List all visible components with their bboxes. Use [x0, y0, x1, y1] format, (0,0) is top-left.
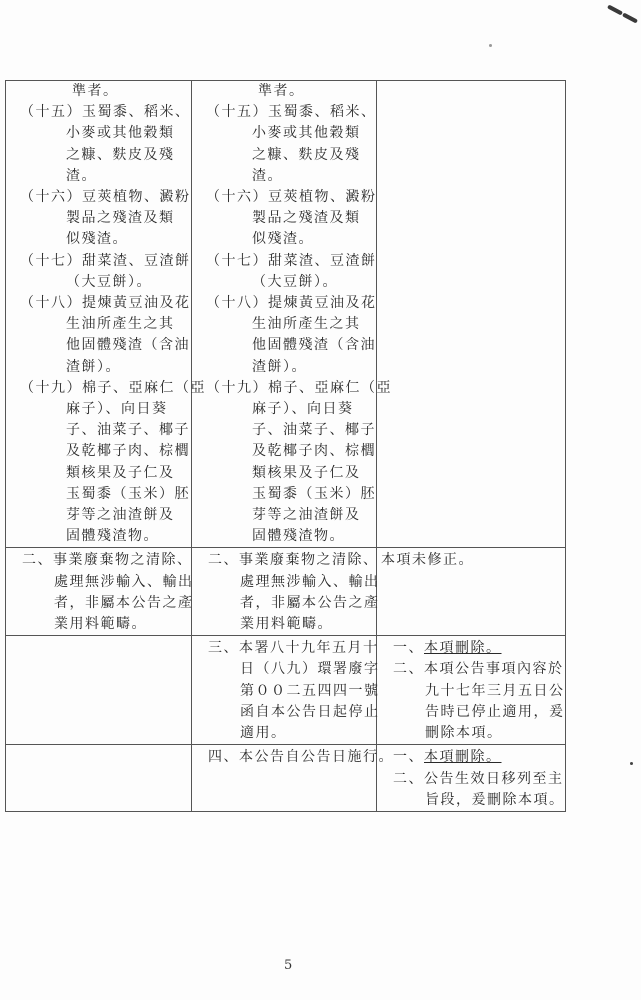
explanation-column-cell: [377, 81, 566, 548]
explanation-column-cell: 一、本項刪除。二、本項公告事項內容於九十七年三月五日公告時已停止適用，爰刪除本項…: [377, 636, 566, 745]
text-line: （十七）甜菜渣、豆渣餅: [10, 251, 187, 272]
line-text: 之糠、麩皮及殘: [252, 147, 361, 163]
text-line: 麻子）、向日葵: [196, 399, 372, 420]
text-line: 子、油菜子、椰子: [196, 420, 372, 441]
line-text: （大豆餅）。: [252, 274, 338, 290]
line-text: 四、本公告自公告日施行。: [208, 749, 394, 765]
line-text: 處理無涉輸入、輸出: [54, 574, 194, 590]
current-text-column-cell: 三、本署八十九年五月十日（八九）環署廢字第００二五四四一號函自本公告日起停止適用…: [192, 636, 377, 745]
text-line: （十八）提煉黃豆油及花: [196, 293, 372, 314]
text-line: 九十七年三月五日公: [381, 681, 561, 702]
table-row: 準者。（十五）玉蜀黍、稻米、小麥或其他穀類之糠、麩皮及殘渣。（十六）豆莢植物、澱…: [6, 81, 566, 548]
text-line: 小麥或其他穀類: [10, 123, 187, 144]
line-text: 業用料範疇。: [54, 616, 147, 632]
line-text: 小麥或其他穀類: [66, 125, 175, 141]
text-line: 渣。: [10, 166, 187, 187]
scan-speck: [489, 44, 492, 47]
line-text: 及乾椰子肉、棕櫚: [66, 443, 190, 459]
line-text: （十八）提煉黃豆油及花: [20, 295, 191, 311]
text-line: 本項未修正。: [381, 550, 561, 571]
text-line: 二、本項公告事項內容於: [381, 659, 561, 680]
text-line: 類核果及子仁及: [196, 463, 372, 484]
text-line: 三、本署八十九年五月十: [196, 638, 372, 659]
text-line: 業用料範疇。: [196, 614, 372, 635]
amendment-comparison-table: 準者。（十五）玉蜀黍、稻米、小麥或其他穀類之糠、麩皮及殘渣。（十六）豆莢植物、澱…: [5, 80, 566, 812]
text-line: 生油所產生之其: [10, 314, 187, 335]
explanation-column-cell: 一、本項刪除。二、公告生效日移列至主旨段，爰刪除本項。: [377, 745, 566, 812]
line-text: 業用料範疇。: [240, 616, 333, 632]
line-text: 及乾椰子肉、棕櫚: [252, 443, 376, 459]
text-line: 處理無涉輸入、輸出: [10, 572, 187, 593]
line-text: （十五）玉蜀黍、稻米、: [206, 104, 377, 120]
line-text: 旨段，爰刪除本項。: [425, 792, 565, 808]
text-line: 固體殘渣物。: [196, 526, 372, 547]
text-line: （十六）豆莢植物、澱粉: [196, 187, 372, 208]
line-text: 似殘渣。: [252, 231, 314, 247]
text-line: 函自本公告日起停止: [196, 702, 372, 723]
amended-text-column-cell: [6, 636, 192, 745]
text-line: 製品之殘渣及類: [10, 208, 187, 229]
text-line: 二、公告生效日移列至主: [381, 769, 561, 790]
line-text: 生油所產生之其: [66, 316, 175, 332]
text-line: 四、本公告自公告日施行。: [196, 747, 372, 768]
text-line: 似殘渣。: [196, 229, 372, 250]
text-line: 告時已停止適用，爰: [381, 702, 561, 723]
line-text: 準者。: [72, 83, 119, 99]
text-line: （十五）玉蜀黍、稻米、: [196, 102, 372, 123]
line-text: 渣餅）。: [66, 359, 121, 375]
text-line: 者，非屬本公告之產: [10, 593, 187, 614]
line-text: 二、事業廢棄物之清除、: [22, 552, 193, 568]
text-line: （大豆餅）。: [196, 272, 372, 293]
scan-speck: [630, 762, 633, 765]
text-line: 及乾椰子肉、棕櫚: [10, 441, 187, 462]
table-row: 三、本署八十九年五月十日（八九）環署廢字第００二五四四一號函自本公告日起停止適用…: [6, 636, 566, 745]
deletion-note: 本項刪除。: [424, 640, 502, 656]
text-line: 業用料範疇。: [10, 614, 187, 635]
amended-text-column-cell: 準者。（十五）玉蜀黍、稻米、小麥或其他穀類之糠、麩皮及殘渣。（十六）豆莢植物、澱…: [6, 81, 192, 548]
line-text: 日（八九）環署廢字: [240, 661, 380, 677]
text-line: 一、本項刪除。: [381, 638, 561, 659]
line-text: 子、油菜子、椰子: [66, 422, 190, 438]
line-text: 麻子）、向日葵: [252, 401, 354, 417]
line-text: 芽等之油渣餅及: [66, 507, 175, 523]
text-line: 渣。: [196, 166, 372, 187]
text-line: 第００二五四四一號: [196, 681, 372, 702]
page-number: 5: [284, 958, 292, 973]
line-text: （十九）棉子、亞麻仁（亞: [206, 380, 392, 396]
line-text: 適用。: [240, 725, 287, 741]
text-line: 二、事業廢棄物之清除、: [196, 550, 372, 571]
line-text: 固體殘渣物。: [252, 528, 345, 544]
text-line: 之糠、麩皮及殘: [196, 145, 372, 166]
line-text: 本項未修正。: [381, 552, 474, 568]
text-line: 他固體殘渣（含油: [196, 335, 372, 356]
line-text: （十八）提煉黃豆油及花: [206, 295, 377, 311]
line-text: 者，非屬本公告之產: [54, 595, 194, 611]
line-text: 麻子）、向日葵: [66, 401, 168, 417]
text-line: 日（八九）環署廢字: [196, 659, 372, 680]
line-text: 三、本署八十九年五月十: [208, 640, 379, 656]
text-line: 旨段，爰刪除本項。: [381, 790, 561, 811]
text-line: 及乾椰子肉、棕櫚: [196, 441, 372, 462]
line-text: （十七）甜菜渣、豆渣餅: [206, 253, 377, 269]
line-text: 芽等之油渣餅及: [252, 507, 361, 523]
text-line: 生油所產生之其: [196, 314, 372, 335]
text-line: （大豆餅）。: [10, 272, 187, 293]
text-line: 芽等之油渣餅及: [10, 505, 187, 526]
text-line: （十五）玉蜀黍、稻米、: [10, 102, 187, 123]
line-text: 二、本項公告事項內容於: [393, 661, 564, 677]
line-text: （十六）豆莢植物、澱粉: [206, 189, 377, 205]
line-text: 類核果及子仁及: [66, 465, 175, 481]
text-line: 他固體殘渣（含油: [10, 335, 187, 356]
line-text: （十七）甜菜渣、豆渣餅: [20, 253, 191, 269]
line-text: 製品之殘渣及類: [252, 210, 361, 226]
line-text: （十六）豆莢植物、澱粉: [20, 189, 191, 205]
line-text: 九十七年三月五日公: [425, 683, 565, 699]
item-prefix: 一、: [393, 749, 424, 765]
line-text: 固體殘渣物。: [66, 528, 159, 544]
line-text: 函自本公告日起停止: [240, 704, 380, 720]
line-text: 他固體殘渣（含油: [252, 337, 376, 353]
text-line: 類核果及子仁及: [10, 463, 187, 484]
text-line: 麻子）、向日葵: [10, 399, 187, 420]
line-text: 第００二五四四一號: [240, 683, 380, 699]
text-line: 適用。: [196, 723, 372, 744]
text-line: 處理無涉輸入、輸出: [196, 572, 372, 593]
text-line: 固體殘渣物。: [10, 526, 187, 547]
text-line: 渣餅）。: [10, 357, 187, 378]
amended-text-column-cell: [6, 745, 192, 812]
line-text: 玉蜀黍（玉米）胚: [252, 486, 376, 502]
scan-mark: [607, 4, 623, 15]
text-line: （十六）豆莢植物、澱粉: [10, 187, 187, 208]
item-prefix: 一、: [393, 640, 424, 656]
line-text: 渣。: [66, 168, 97, 184]
text-line: 之糠、麩皮及殘: [10, 145, 187, 166]
text-line: 刪除本項。: [381, 723, 561, 744]
text-line: 準者。: [196, 81, 372, 102]
line-text: 製品之殘渣及類: [66, 210, 175, 226]
line-text: 子、油菜子、椰子: [252, 422, 376, 438]
text-line: （十七）甜菜渣、豆渣餅: [196, 251, 372, 272]
line-text: （十九）棉子、亞麻仁（亞: [20, 380, 206, 396]
text-line: （十八）提煉黃豆油及花: [10, 293, 187, 314]
text-line: 準者。: [10, 81, 187, 102]
line-text: 玉蜀黍（玉米）胚: [66, 486, 190, 502]
amended-text-column-cell: 二、事業廢棄物之清除、處理無涉輸入、輸出者，非屬本公告之產業用料範疇。: [6, 548, 192, 636]
text-line: 似殘渣。: [10, 229, 187, 250]
line-text: 類核果及子仁及: [252, 465, 361, 481]
line-text: 者，非屬本公告之產: [240, 595, 380, 611]
line-text: 準者。: [258, 83, 305, 99]
line-text: 生油所產生之其: [252, 316, 361, 332]
current-text-column-cell: 二、事業廢棄物之清除、處理無涉輸入、輸出者，非屬本公告之產業用料範疇。: [192, 548, 377, 636]
scan-mark: [622, 12, 638, 23]
text-line: （十九）棉子、亞麻仁（亞: [196, 378, 372, 399]
table-row: 二、事業廢棄物之清除、處理無涉輸入、輸出者，非屬本公告之產業用料範疇。二、事業廢…: [6, 548, 566, 636]
text-line: 二、事業廢棄物之清除、: [10, 550, 187, 571]
text-line: 小麥或其他穀類: [196, 123, 372, 144]
line-text: 二、事業廢棄物之清除、: [208, 552, 379, 568]
text-line: 玉蜀黍（玉米）胚: [10, 484, 187, 505]
line-text: 似殘渣。: [66, 231, 128, 247]
line-text: （大豆餅）。: [66, 274, 152, 290]
line-text: 他固體殘渣（含油: [66, 337, 190, 353]
line-text: 渣餅）。: [252, 359, 307, 375]
line-text: （十五）玉蜀黍、稻米、: [20, 104, 191, 120]
line-text: 渣。: [252, 168, 283, 184]
line-text: 刪除本項。: [425, 725, 503, 741]
text-line: 子、油菜子、椰子: [10, 420, 187, 441]
line-text: 告時已停止適用，爰: [425, 704, 565, 720]
table-row: 四、本公告自公告日施行。一、本項刪除。二、公告生效日移列至主旨段，爰刪除本項。: [6, 745, 566, 812]
text-line: 渣餅）。: [196, 357, 372, 378]
text-line: 製品之殘渣及類: [196, 208, 372, 229]
line-text: 二、公告生效日移列至主: [393, 771, 564, 787]
line-text: 處理無涉輸入、輸出: [240, 574, 380, 590]
text-line: （十九）棉子、亞麻仁（亞: [10, 378, 187, 399]
deletion-note: 本項刪除。: [424, 749, 502, 765]
current-text-column-cell: 四、本公告自公告日施行。: [192, 745, 377, 812]
current-text-column-cell: 準者。（十五）玉蜀黍、稻米、小麥或其他穀類之糠、麩皮及殘渣。（十六）豆莢植物、澱…: [192, 81, 377, 548]
explanation-column-cell: 本項未修正。: [377, 548, 566, 636]
text-line: 玉蜀黍（玉米）胚: [196, 484, 372, 505]
text-line: 一、本項刪除。: [381, 747, 561, 768]
text-line: 者，非屬本公告之產: [196, 593, 372, 614]
line-text: 小麥或其他穀類: [252, 125, 361, 141]
line-text: 之糠、麩皮及殘: [66, 147, 175, 163]
text-line: 芽等之油渣餅及: [196, 505, 372, 526]
